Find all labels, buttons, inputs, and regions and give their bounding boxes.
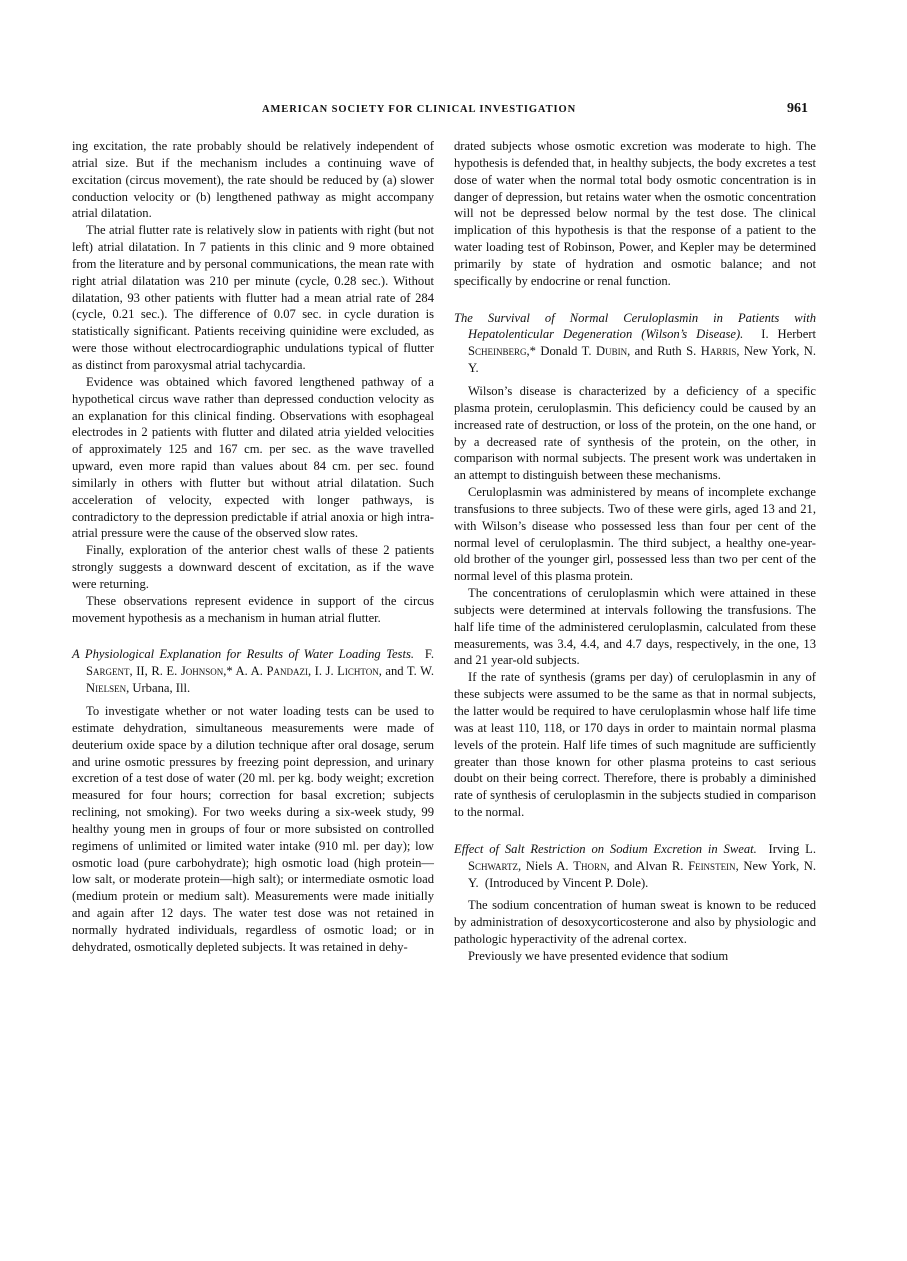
paragraph: Previously we have presented evidence th… — [454, 948, 816, 965]
author-surname: Schwartz — [468, 859, 518, 873]
author-initials: Niels A. — [526, 859, 569, 873]
author-separator: , and — [627, 344, 657, 358]
left-column: ing excitation, the rate probably should… — [72, 138, 434, 956]
author-location: Urbana, Ill. — [132, 681, 190, 695]
running-head: AMERICAN SOCIETY FOR CLINICAL INVESTIGAT… — [262, 104, 576, 115]
author-surname: Johnson — [181, 664, 223, 678]
abstract-heading: Effect of Salt Restriction on Sodium Exc… — [454, 841, 816, 892]
author-initials: I. J. — [315, 664, 334, 678]
paragraph: Wilson’s disease is characterized by a d… — [454, 383, 816, 484]
author-separator: , — [308, 664, 315, 678]
author-separator: ,* — [223, 664, 235, 678]
author-initials: Alvan R. — [636, 859, 683, 873]
author-initials: Donald T. — [540, 344, 591, 358]
paragraph: If the rate of synthesis (grams per day)… — [454, 669, 816, 821]
author-separator: , — [518, 859, 526, 873]
author-surname: Nielsen — [86, 681, 126, 695]
abstract-heading: A Physiological Explanation for Results … — [72, 646, 434, 697]
introduced-by: (Introduced by Vincent P. Dole). — [485, 876, 648, 890]
author-surname: Dubin — [596, 344, 627, 358]
paragraph: The concentrations of ceruloplasmin whic… — [454, 585, 816, 669]
author-surname: Scheinberg — [468, 344, 527, 358]
paragraph: drated subjects whose osmotic excretion … — [454, 138, 816, 290]
abstract-heading: The Survival of Normal Ceruloplasmin in … — [454, 310, 816, 377]
paragraph: The sodium concentration of human sweat … — [454, 897, 816, 948]
paragraph: Finally, exploration of the anterior che… — [72, 542, 434, 593]
author-separator: , II, — [130, 664, 152, 678]
paragraph: The atrial flutter rate is relatively sl… — [72, 222, 434, 374]
author-initials: R. E. — [151, 664, 177, 678]
author-initials: T. W. — [407, 664, 434, 678]
abstract-title: A Physiological Explanation for Results … — [72, 647, 414, 661]
paragraph: These observations represent evidence in… — [72, 593, 434, 627]
author-initials: Irving L. — [769, 842, 816, 856]
author-initials: I. Herbert — [761, 327, 816, 341]
author-surname: Feinstein — [688, 859, 736, 873]
page-number: 961 — [787, 101, 808, 117]
author-initials: F. — [425, 647, 434, 661]
author-surname: Pandazi — [266, 664, 308, 678]
author-separator: , and — [606, 859, 636, 873]
paragraph: Evidence was obtained which favored leng… — [72, 374, 434, 542]
abstract-title: Effect of Salt Restriction on Sodium Exc… — [454, 842, 757, 856]
paragraph: Ceruloplasmin was administered by means … — [454, 484, 816, 585]
right-column: drated subjects whose osmotic excretion … — [454, 138, 816, 965]
paragraph: To investigate whether or not water load… — [72, 703, 434, 956]
paragraph: ing excitation, the rate probably should… — [72, 138, 434, 222]
author-surname: Lichton — [337, 664, 379, 678]
author-separator: , — [736, 344, 744, 358]
author-initials: A. A. — [236, 664, 263, 678]
author-surname: Harris — [701, 344, 737, 358]
author-surname: Thorn — [573, 859, 606, 873]
author-surname: Sargent — [86, 664, 130, 678]
author-separator: , and — [379, 664, 407, 678]
author-separator: ,* — [527, 344, 541, 358]
author-initials: Ruth S. — [657, 344, 696, 358]
